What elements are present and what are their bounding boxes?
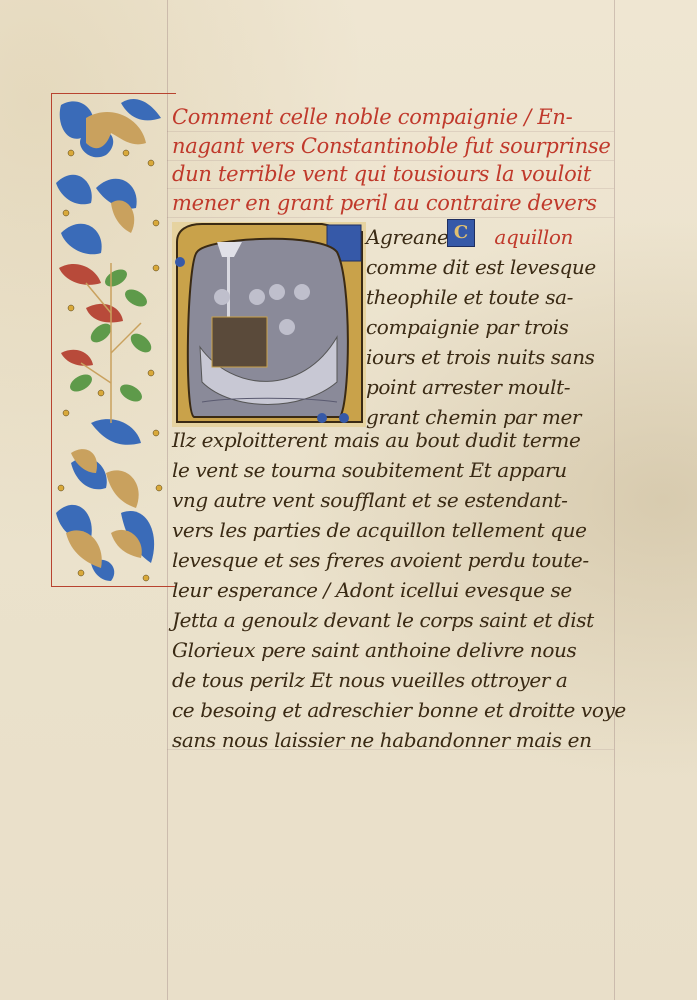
ruling-line xyxy=(167,217,614,218)
text-line: Agreane aquillon xyxy=(366,222,616,252)
text-line: compaignie par trois xyxy=(366,312,616,342)
text-line: Glorieux pere saint anthoine delivre nou… xyxy=(172,635,622,665)
historiated-initial-ship-icon xyxy=(172,222,366,427)
rubric-line: Comment celle noble compaignie / En- xyxy=(172,103,622,132)
rubric-line: dun terrible vent qui tousiours la voulo… xyxy=(172,160,622,189)
text-line: leur esperance / Adont icellui evesque s… xyxy=(172,575,622,605)
text-line: vng autre vent soufflant et se estendant… xyxy=(172,485,622,515)
text-column-narrow: Agreane aquillon comme dit est levesque … xyxy=(366,222,616,432)
text-line: sans nous laissier ne habandonner mais e… xyxy=(172,725,622,755)
text-line: Ilz exploitterent mais au bout dudit ter… xyxy=(172,425,622,455)
text-line: Jetta a genoulz devant le corps saint et… xyxy=(172,605,622,635)
rubric-line: nagant vers Constantinoble fut sourprins… xyxy=(172,132,622,161)
manuscript-page: Comment celle noble compaignie / En- nag… xyxy=(0,0,697,1000)
text-line: vers les parties de acquillon tellement … xyxy=(172,515,622,545)
rubric-heading: Comment celle noble compaignie / En- nag… xyxy=(172,103,622,217)
text-line: ce besoing et adreschier bonne et droitt… xyxy=(172,695,622,725)
text-column-full: Ilz exploitterent mais au bout dudit ter… xyxy=(172,425,622,755)
text-line: levesque et ses freres avoient perdu tou… xyxy=(172,545,622,575)
text-line: comme dit est levesque xyxy=(366,252,616,282)
text-segment: Agreane xyxy=(366,225,448,249)
text-line: theophile et toute sa- xyxy=(366,282,616,312)
rubric-line: mener en grant peril au contraire devers xyxy=(172,189,622,218)
text-line: de tous perilz Et nous vueilles ottroyer… xyxy=(172,665,622,695)
rubricated-word: aquillon xyxy=(494,225,573,249)
floral-border-icon xyxy=(51,93,175,585)
text-line: point arrester moult- xyxy=(366,372,616,402)
text-line: iours et trois nuits sans xyxy=(366,342,616,372)
initial-letter: C xyxy=(448,220,474,246)
text-line: le vent se tourna soubitement Et apparu xyxy=(172,455,622,485)
small-blue-initial: C xyxy=(447,219,475,247)
